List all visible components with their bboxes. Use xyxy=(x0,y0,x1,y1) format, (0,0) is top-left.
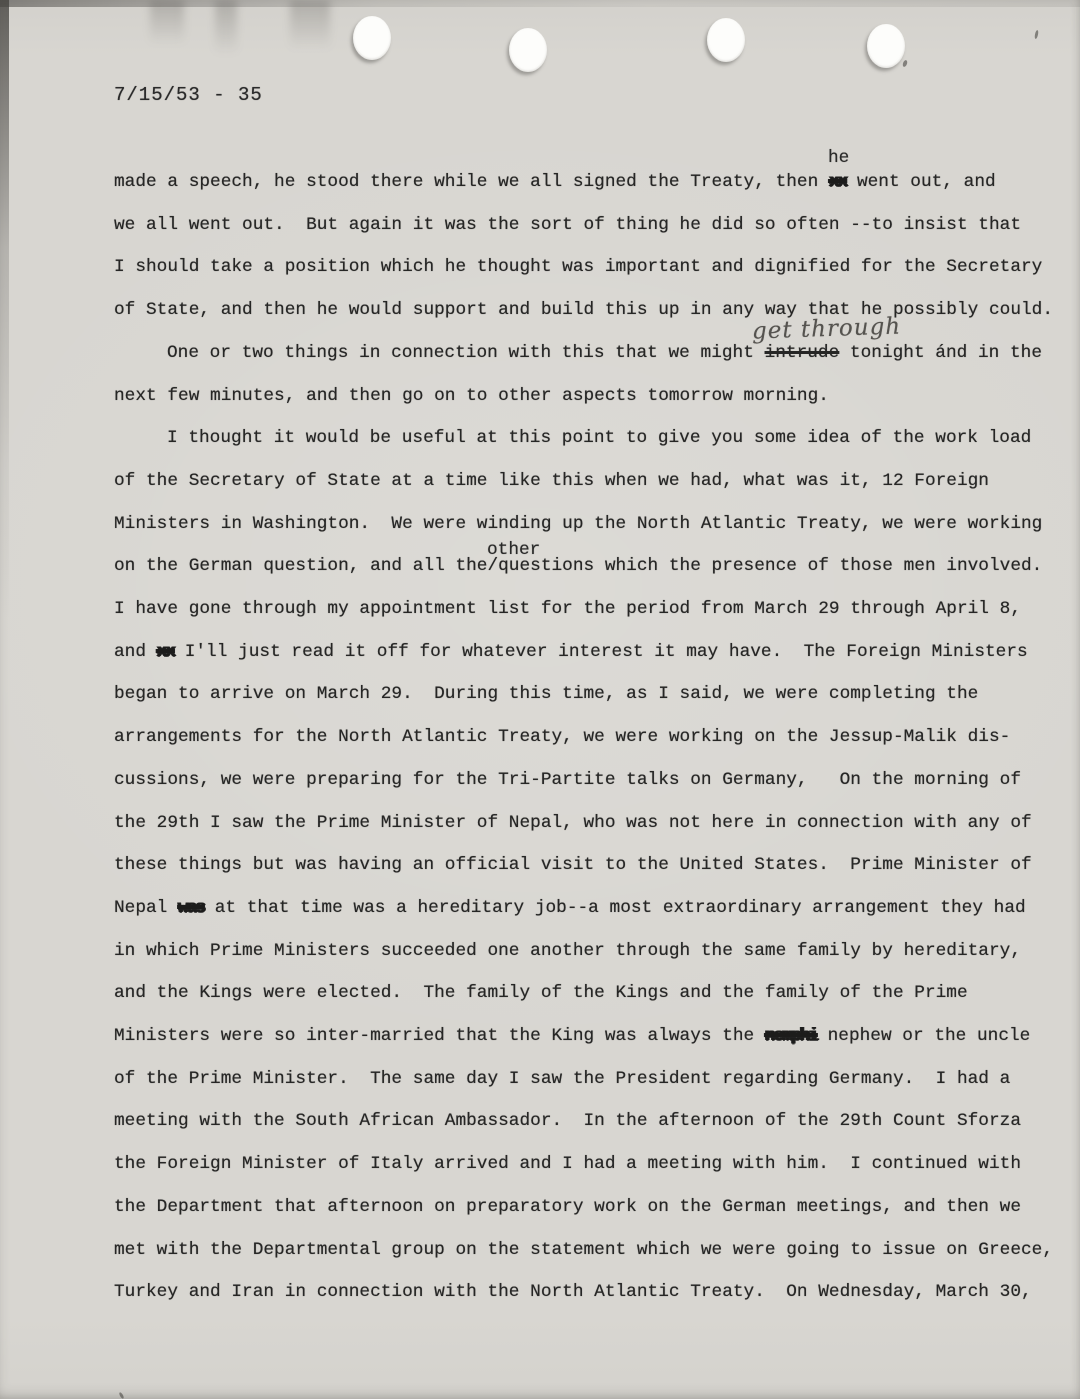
text-line: Ministers in Washington. We were winding… xyxy=(114,516,1042,534)
line-text: I'll just read it off for whatever inter… xyxy=(174,642,1028,662)
line-text: these things but was having an official … xyxy=(114,855,1032,875)
text-line: Ministers were so inter-married that the… xyxy=(114,1028,1030,1046)
line-text: Nepal xyxy=(114,898,178,918)
text-line: meeting with the South African Ambassado… xyxy=(114,1113,1021,1131)
text-line: met with the Departmental group on the s… xyxy=(114,1242,1053,1260)
text-line: One or two things in connection with thi… xyxy=(114,345,1042,363)
line-text: nephew or the uncle xyxy=(817,1026,1030,1046)
struck-text: was xyxy=(178,898,204,918)
line-text: we all went out. But again it was the so… xyxy=(114,215,1021,235)
text-line: in which Prime Ministers succeeded one a… xyxy=(114,943,1021,961)
text-line: made a speech, he stood there while we a… xyxy=(114,174,996,192)
text-line: and xx I'll just read it off for whateve… xyxy=(114,644,1028,662)
line-text: made a speech, he stood there while we a… xyxy=(114,172,829,192)
line-text: the 29th I saw the Prime Minister of Nep… xyxy=(114,813,1032,833)
text-line: arrangements for the North Atlantic Trea… xyxy=(114,729,1010,747)
text-line: Turkey and Iran in connection with the N… xyxy=(114,1284,1032,1302)
line-text: of the Secretary of State at a time like… xyxy=(114,471,989,491)
line-text: the Department that afternoon on prepara… xyxy=(114,1197,1021,1217)
line-text: next few minutes, and then go on to othe… xyxy=(114,386,829,406)
text-line: next few minutes, and then go on to othe… xyxy=(114,388,829,406)
line-text: at that time was a hereditary job--a mos… xyxy=(204,898,1026,918)
text-line: of the Prime Minister. The same day I sa… xyxy=(114,1071,1010,1089)
line-text: I should take a position which he though… xyxy=(114,257,1042,277)
line-text: I have gone through my appointment list … xyxy=(114,599,1021,619)
line-text: arrangements for the North Atlantic Trea… xyxy=(114,727,1010,747)
text-line: I thought it would be useful at this poi… xyxy=(114,430,1031,448)
typed-insertion-other: other xyxy=(487,540,540,560)
line-text: on the German question, and all the/ques… xyxy=(114,556,1042,576)
line-text: and xyxy=(114,642,157,662)
text-line: we all went out. But again it was the so… xyxy=(114,217,1021,235)
text-line: Nepal was at that time was a hereditary … xyxy=(114,900,1026,918)
struck-text: intrude xyxy=(765,343,840,363)
line-text: in which Prime Ministers succeeded one a… xyxy=(114,941,1021,961)
text-line: the 29th I saw the Prime Minister of Nep… xyxy=(114,815,1032,833)
text-line: the Foreign Minister of Italy arrived an… xyxy=(114,1156,1021,1174)
line-text: met with the Departmental group on the s… xyxy=(114,1240,1053,1260)
line-text: of the Prime Minister. The same day I sa… xyxy=(114,1069,1010,1089)
struck-text: xx xyxy=(157,642,174,662)
struck-text: xx xyxy=(829,172,846,192)
text-line: cussions, we were preparing for the Tri-… xyxy=(114,772,1021,790)
document-body: made a speech, he stood there while we a… xyxy=(0,0,1080,1399)
line-text: Ministers were so inter-married that the… xyxy=(114,1026,765,1046)
line-text: began to arrive on March 29. During this… xyxy=(114,684,978,704)
line-text: went out, and xyxy=(846,172,995,192)
line-text: tonight ánd in the xyxy=(839,343,1042,363)
scanned-document-page: 7/15/53 - 35 made a speech, he stood the… xyxy=(0,0,1080,1399)
text-line: the Department that afternoon on prepara… xyxy=(114,1199,1021,1217)
line-text: meeting with the South African Ambassado… xyxy=(114,1111,1021,1131)
line-text: cussions, we were preparing for the Tri-… xyxy=(114,770,1021,790)
text-line: of State, and then he would support and … xyxy=(114,302,1053,320)
text-line: I should take a position which he though… xyxy=(114,259,1042,277)
text-line: of the Secretary of State at a time like… xyxy=(114,473,989,491)
text-line: these things but was having an official … xyxy=(114,857,1032,875)
line-text: the Foreign Minister of Italy arrived an… xyxy=(114,1154,1021,1174)
typed-insertion-he: he xyxy=(828,148,849,168)
line-text: Ministers in Washington. We were winding… xyxy=(114,514,1042,534)
text-line: I have gone through my appointment list … xyxy=(114,601,1021,619)
line-text: and the Kings were elected. The family o… xyxy=(114,983,968,1003)
text-line: began to arrive on March 29. During this… xyxy=(114,686,978,704)
handwritten-annotation-get-through: get through xyxy=(752,313,902,344)
line-text: of State, and then he would support and … xyxy=(114,300,1053,320)
text-line: and the Kings were elected. The family o… xyxy=(114,985,968,1003)
line-text: I thought it would be useful at this poi… xyxy=(167,428,1031,448)
line-text: Turkey and Iran in connection with the N… xyxy=(114,1282,1032,1302)
struck-text: nemphi xyxy=(765,1026,817,1046)
line-text: One or two things in connection with thi… xyxy=(167,343,765,363)
text-line: on the German question, and all the/ques… xyxy=(114,558,1042,576)
